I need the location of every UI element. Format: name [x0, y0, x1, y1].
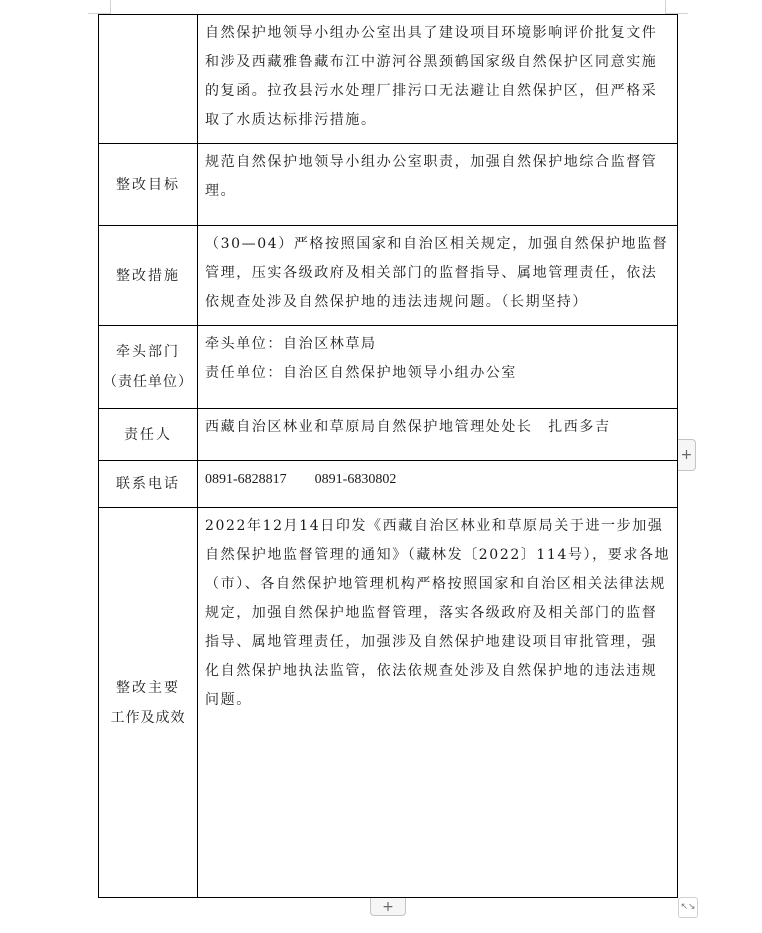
- rectification-table: 自然保护地领导小组办公室出具了建设项目环境影响评价批复文件和涉及西藏雅鲁藏布江中…: [98, 14, 678, 898]
- responsible-unit-text: 责任单位：自治区自然保护地领导小组办公室: [205, 359, 671, 388]
- table-row-results: 整改主要 工作及成效 2022年12月14日印发《西藏自治区林业和草原局关于进一…: [99, 508, 678, 898]
- measures-text: （30—04）严格按照国家和自治区相关规定，加强自然保护地监督管理，压实各级政府…: [205, 230, 671, 317]
- table-row-measures: 整改措施 （30—04）严格按照国家和自治区相关规定，加强自然保护地监督管理，压…: [99, 226, 678, 326]
- content-cell-goal[interactable]: 规范自然保护地领导小组办公室职责，加强自然保护地综合监督管理。: [198, 144, 678, 226]
- table-row-responsible-person: 责任人 西藏自治区林业和草原局自然保护地管理处处长 扎西多吉: [99, 409, 678, 461]
- label-cell-phone[interactable]: 联系电话: [99, 461, 198, 508]
- add-row-button[interactable]: +: [370, 898, 406, 916]
- results-label-line-2: 工作及成效: [99, 703, 197, 733]
- content-cell-measures[interactable]: （30—04）严格按照国家和自治区相关规定，加强自然保护地监督管理，压实各级政府…: [198, 226, 678, 326]
- label-cell-results[interactable]: 整改主要 工作及成效: [99, 508, 198, 898]
- content-cell-department[interactable]: 牵头单位：自治区林草局 责任单位：自治区自然保护地领导小组办公室: [198, 326, 678, 409]
- responsible-person-text: 西藏自治区林业和草原局自然保护地管理处处长 扎西多吉: [205, 413, 671, 442]
- table-row-phone: 联系电话 0891-6828817 0891-6830802: [99, 461, 678, 508]
- department-label-line-2: （责任单位）: [99, 367, 197, 397]
- results-label-line-1: 整改主要: [99, 673, 197, 703]
- label-cell-responsible-person[interactable]: 责任人: [99, 409, 198, 461]
- goal-text: 规范自然保护地领导小组办公室职责，加强自然保护地综合监督管理。: [205, 148, 671, 206]
- phone-text: 0891-6828817 0891-6830802: [205, 465, 671, 494]
- continued-text: 自然保护地领导小组办公室出具了建设项目环境影响评价批复文件和涉及西藏雅鲁藏布江中…: [205, 19, 671, 135]
- table-row-department: 牵头部门 （责任单位） 牵头单位：自治区林草局 责任单位：自治区自然保护地领导小…: [99, 326, 678, 409]
- margin-mark-top-left-vertical: [110, 0, 111, 14]
- resize-arrows-icon: ↖↘: [680, 903, 695, 912]
- results-text: 2022年12月14日印发《西藏自治区林业和草原局关于进一步加强自然保护地监督管…: [205, 512, 671, 715]
- plus-icon: +: [681, 447, 693, 463]
- label-cell-empty[interactable]: [99, 15, 198, 144]
- plus-icon: +: [382, 899, 394, 915]
- content-cell-responsible-person[interactable]: 西藏自治区林业和草原局自然保护地管理处处长 扎西多吉: [198, 409, 678, 461]
- label-cell-measures[interactable]: 整改措施: [99, 226, 198, 326]
- label-cell-department[interactable]: 牵头部门 （责任单位）: [99, 326, 198, 409]
- content-cell-phone[interactable]: 0891-6828817 0891-6830802: [198, 461, 678, 508]
- department-label-line-1: 牵头部门: [99, 337, 197, 367]
- table-resize-handle[interactable]: ↖↘: [678, 897, 698, 918]
- table-row-continued: 自然保护地领导小组办公室出具了建设项目环境影响评价批复文件和涉及西藏雅鲁藏布江中…: [99, 15, 678, 144]
- content-cell-continued[interactable]: 自然保护地领导小组办公室出具了建设项目环境影响评价批复文件和涉及西藏雅鲁藏布江中…: [198, 15, 678, 144]
- add-column-button[interactable]: +: [678, 439, 696, 471]
- margin-mark-top-right-vertical: [665, 0, 666, 14]
- table-row-goal: 整改目标 规范自然保护地领导小组办公室职责，加强自然保护地综合监督管理。: [99, 144, 678, 226]
- content-cell-results[interactable]: 2022年12月14日印发《西藏自治区林业和草原局关于进一步加强自然保护地监督管…: [198, 508, 678, 898]
- label-cell-goal[interactable]: 整改目标: [99, 144, 198, 226]
- lead-unit-text: 牵头单位：自治区林草局: [205, 330, 671, 359]
